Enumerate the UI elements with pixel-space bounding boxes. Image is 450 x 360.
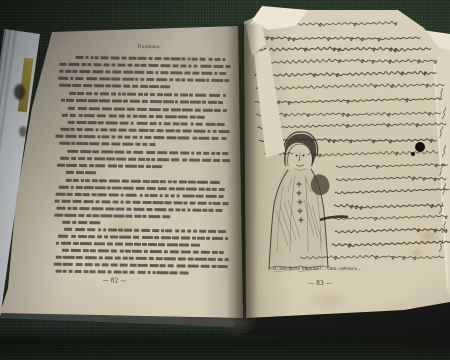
print-line (68, 121, 229, 126)
print-line (58, 235, 232, 240)
print-line (60, 157, 232, 162)
print-line (56, 193, 232, 198)
edge-smudge (19, 126, 27, 137)
print-line (59, 186, 232, 191)
print-line (59, 84, 177, 89)
running-head: Вадимъ. (118, 44, 182, 51)
print-line (55, 200, 232, 205)
handwriting-line (258, 47, 431, 52)
print-line (67, 150, 230, 155)
handwriting-line (286, 21, 397, 26)
handwriting-line (256, 59, 436, 64)
left-page-number: — 82 — (90, 277, 138, 285)
print-line (56, 207, 228, 212)
book-gutter-shadow (226, 24, 258, 320)
print-line (64, 228, 229, 233)
print-line (66, 179, 230, 184)
handwriting-line (334, 204, 443, 209)
handwriting-line (256, 112, 441, 117)
handwriting-line (255, 98, 442, 105)
right-page-number: — 83 — (296, 280, 344, 287)
print-line (59, 142, 157, 146)
print-line (56, 270, 194, 275)
handwriting-line (334, 215, 447, 220)
print-line (54, 214, 176, 219)
print-line (57, 164, 165, 169)
print-line (56, 242, 204, 247)
caption-fragment: …О, это было ужасно!… Она сейчасъ… (236, 267, 394, 272)
print-line (69, 92, 231, 97)
print-line (58, 77, 233, 82)
print-line (62, 249, 229, 254)
printed-text-block (2, 0, 450, 4)
handwriting-line (256, 84, 444, 90)
handwriting-line (335, 228, 447, 233)
print-line (61, 99, 231, 104)
print-line (61, 128, 231, 133)
handwriting-line (332, 241, 450, 247)
handwriting-line (262, 36, 420, 41)
print-line (59, 63, 233, 68)
print-line (76, 56, 232, 61)
handwriting-line (258, 123, 446, 129)
handwriting-line (255, 71, 436, 77)
print-line (59, 70, 233, 75)
photo-of-open-book: Вадимъ. — 82 — (0, 0, 450, 360)
print-line (62, 221, 106, 225)
print-line (55, 135, 232, 140)
print-line (62, 114, 208, 119)
book-photo: Вадимъ. — 82 — (0, 0, 450, 360)
edge-smudge (14, 84, 25, 100)
print-line (68, 107, 231, 112)
print-line (56, 256, 233, 261)
print-line (54, 263, 233, 268)
handwriting-line (336, 176, 446, 180)
handwriting-line (336, 164, 448, 169)
print-line (66, 171, 100, 174)
handwriting-line (335, 189, 449, 194)
